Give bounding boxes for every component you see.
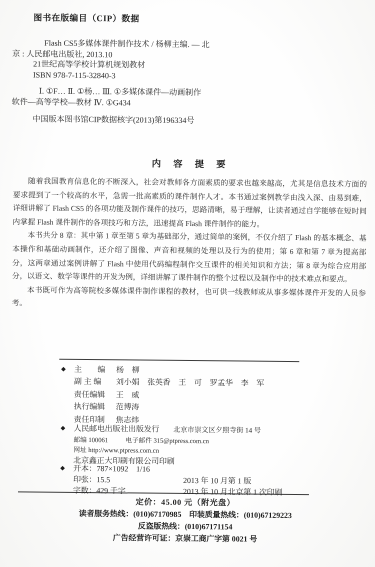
page-content: 图书在版编目（CIP）数据 Flash CS5多媒体课件制作技术 / 杨柳主编.…	[0, 0, 375, 567]
diamond-bullet-icon: ◆	[61, 366, 74, 373]
cip-line: 软件—高等学校—教材 Ⅳ. ①G434	[12, 97, 312, 110]
abstract-body: 随着我国教育信息化的不断深入，社会对教师各方面素质的要求也越来越高，尤其是信息技…	[12, 174, 367, 313]
publisher-name: 人民邮电出版社出版发行	[74, 423, 160, 435]
cip-data-block: Flash CS5多媒体课件制作技术 / 杨柳主编. — 北 京 : 人民邮电出…	[12, 38, 313, 127]
abstract-paragraph: 本书共分 8 章：其中第 1 章至第 5 章为基础部分，通过简单的案例，不仅介绍…	[12, 229, 367, 287]
ad-license-line: 广告经营许可证：京崇工商广字第 0021 号	[0, 531, 373, 546]
credits-names: 王 威	[116, 389, 139, 400]
credits-role-label: 责任编辑	[74, 389, 116, 400]
credits-role-label: 副 主 编	[74, 376, 116, 387]
words-value: 字数：429 千字	[73, 485, 183, 497]
colophon-top-rule	[59, 359, 299, 362]
abstract-paragraph: 本书既可作为高等院校多媒体课件制作课程的教材，也可供一线教师或从事多媒体课件开发…	[12, 283, 366, 314]
abstract-title: 内 容 提 要	[1, 154, 375, 172]
impression-value: 2013 年 10 月北京第 1 次印刷	[183, 486, 283, 498]
credits-names: 刘小娟 张英香 王 可 罗孟华 李 军	[116, 377, 264, 389]
credits-block: ◆ 主 编 杨 柳 副 主 编 刘小娟 张英香 王 可 罗孟华 李 军 责任编辑…	[61, 364, 265, 428]
website-value: http://www.ptpress.com.cn	[88, 447, 159, 455]
website-label: 网址	[73, 447, 86, 454]
publisher-block: ◆ 人民邮电出版社出版发行 北京市崇文区夕照寺街 14 号 邮编 100061 …	[60, 423, 360, 468]
credits-names: 杨 柳	[116, 364, 139, 375]
printing-block: ◆ 开本：787×1092 1/16 印张：15.5 2013 年 10 月第 …	[60, 463, 360, 498]
diamond-bullet-icon: ◆	[61, 425, 74, 432]
book-copyright-page: 图书在版编目（CIP）数据 Flash CS5多媒体课件制作技术 / 杨柳主编.…	[0, 0, 375, 567]
cip-heading: 图书在版编目（CIP）数据	[33, 12, 139, 25]
credits-role-label: 执行编辑	[74, 401, 116, 412]
cip-line: 中国版本图书馆CIP数据核字(2013)第196334号	[12, 114, 312, 127]
edition-value: 2013 年 10 月第 1 版	[183, 475, 251, 487]
credits-role-label: 主 编	[74, 364, 116, 375]
cip-line: ISBN 978-7-115-32840-3	[12, 70, 312, 83]
diamond-bullet-icon: ◆	[60, 465, 73, 472]
credits-names: 范博涛	[116, 401, 139, 412]
abstract-paragraph: 随着我国教育信息化的不断深入，社会对教师各方面素质的要求也越来越高，尤其是信息技…	[13, 174, 368, 232]
email-value: 315@ptpress.com.cn	[153, 438, 209, 446]
